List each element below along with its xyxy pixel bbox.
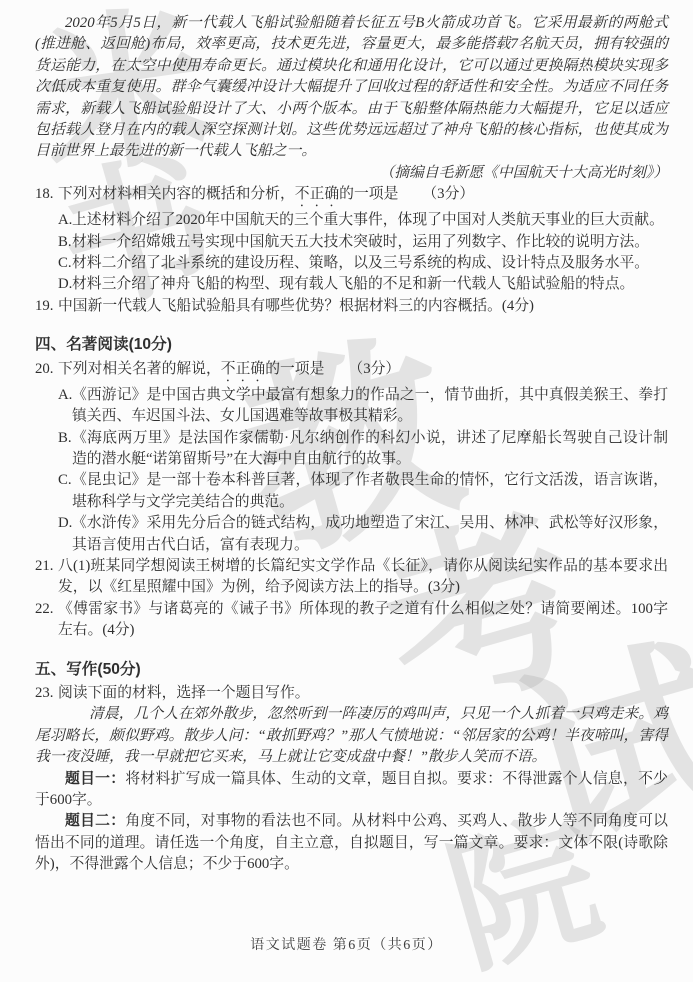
writing-title-2-label: 题目二： — [65, 813, 125, 829]
question-23: 23. 阅读下面的材料，选择一个题目写作。 — [35, 683, 668, 704]
option-label: B. — [58, 428, 72, 449]
question-19-number: 19. — [35, 296, 54, 317]
question-18-stem: 下列对材料相关内容的概括和分析，不正确的一项是（3分） — [58, 184, 668, 210]
page-content: 2020年5月5日，新一代载人飞船试验船随着长征五号B火箭成功首飞。它采用最新的… — [0, 0, 693, 876]
question-18-options: A.上述材料介绍了2020年中国航天的三个重大事件，体现了中国对人类航天事业的巨… — [58, 210, 668, 296]
option-row: B.材料一介绍嫦娥五号实现中国航天五大技术突破时，运用了列数字、作比较的说明方法… — [58, 232, 668, 253]
stem-text: 的一项是 — [339, 186, 398, 202]
question-22: 22. 《傅雷家书》与诸葛亮的《诫子书》所体现的教子之道有什么相似之处？请简要阐… — [35, 599, 668, 642]
option-label: C. — [58, 253, 72, 274]
question-18: 18. 下列对材料相关内容的概括和分析，不正确的一项是（3分） A.上述材料介绍… — [35, 184, 668, 296]
option-label: D. — [58, 274, 72, 295]
question-21: 21. 八(1)班某同学想阅读王树增的长篇纪实文学作品《长征》，请你从阅读纪实作… — [35, 556, 668, 599]
points-label: （3分） — [422, 186, 474, 202]
stem-text: 的一项是 — [265, 361, 324, 377]
passage-citation: （摘编自毛新愿《中国航天十大高光时刻》） — [35, 163, 668, 184]
question-20-options: A.《西游记》是中国古典文学中最富有想象力的作品之一，情节曲折，其中真假美猴王、… — [58, 385, 668, 556]
page-footer: 语文试题卷 第6页（共6页） — [0, 935, 693, 956]
option-row: C.材料二介绍了北斗系统的建设历程、策略，以及三号系统的构成、设计特点及服务水平… — [58, 253, 668, 274]
writing-title-1: 题目一：将材料扩写成一篇具体、生动的文章，题目自拟。要求：不得泄露个人信息，不少… — [35, 769, 668, 812]
section-title-reading: 四、名著阅读(10分) — [35, 334, 668, 355]
writing-title-2: 题目二：角度不同，对事物的看法也不同。从材料中公鸡、买鸡人、散步人等不同角度可以… — [35, 811, 668, 875]
option-label: C. — [58, 470, 72, 491]
option-row: A.《西游记》是中国古典文学中最富有想象力的作品之一，情节曲折，其中真假美猴王、… — [58, 385, 668, 428]
writing-material: 清晨，几个人在郊外散步，忽然听到一阵凄厉的鸡叫声，只见一个人抓着一只鸡走来。鸡尾… — [35, 704, 668, 768]
option-text: 上述材料介绍了2020年中国航天的三个重大事件，体现了中国对人类航天事业的巨大贡… — [72, 212, 664, 228]
option-text: 材料三介绍了神舟飞船的构型、现有载人飞船的不足和新一代载人飞船试验船的特点。 — [72, 276, 634, 292]
option-row: A.上述材料介绍了2020年中国航天的三个重大事件，体现了中国对人类航天事业的巨… — [58, 210, 668, 231]
question-19-text: 中国新一代载人飞船试验船具有哪些优势？根据材料三的内容概括。(4分) — [58, 296, 668, 317]
question-23-stem: 阅读下面的材料，选择一个题目写作。 — [58, 683, 668, 704]
question-21-text: 八(1)班某同学想阅读王树增的长篇纪实文学作品《长征》，请你从阅读纪实作品的基本… — [58, 556, 668, 599]
question-19: 19. 中国新一代载人飞船试验船具有哪些优势？根据材料三的内容概括。(4分) — [35, 296, 668, 317]
option-label: A. — [58, 385, 72, 406]
emphasis-text: 不正确 — [221, 361, 265, 377]
option-row: D.《水浒传》采用先分后合的链式结构，成功地塑造了宋江、吴用、林冲、武松等好汉形… — [58, 513, 668, 556]
stem-text: 下列对材料相关内容的概括和分析， — [58, 186, 295, 202]
question-20: 20. 下列对相关名著的解说，不正确的一项是（3分） A.《西游记》是中国古典文… — [35, 359, 668, 556]
writing-title-1-label: 题目一： — [65, 771, 125, 787]
exam-page: 米 书 教 考 试 院 2020年5月5日，新一代载人飞船试验船随着长征五号B火… — [0, 0, 693, 982]
writing-title-2-text: 角度不同，对事物的看法也不同。从材料中公鸡、买鸡人、散步人等不同角度可以悟出不同… — [35, 813, 668, 872]
question-20-stem: 下列对相关名著的解说，不正确的一项是（3分） — [58, 359, 668, 385]
points-label: （3分） — [348, 361, 400, 377]
passage-paragraph: 2020年5月5日，新一代载人飞船试验船随着长征五号B火箭成功首飞。它采用最新的… — [35, 13, 668, 163]
option-label: A. — [58, 210, 72, 231]
question-22-text: 《傅雷家书》与诸葛亮的《诫子书》所体现的教子之道有什么相似之处？请简要阐述。10… — [58, 599, 668, 642]
option-row: C.《昆虫记》是一部十卷本科普巨著，体现了作者敬畏生命的情怀，它行文活泼，语言诙… — [58, 470, 668, 513]
option-label: B. — [58, 232, 72, 253]
option-text: 《海底两万里》是法国作家儒勒·凡尔纳创作的科幻小说，讲述了尼摩船长驾驶自己设计制… — [72, 430, 668, 467]
emphasis-text: 不正确 — [295, 186, 339, 202]
option-row: D.材料三介绍了神舟飞船的构型、现有载人飞船的不足和新一代载人飞船试验船的特点。 — [58, 274, 668, 295]
option-text: 材料二介绍了北斗系统的建设历程、策略，以及三号系统的构成、设计特点及服务水平。 — [72, 255, 649, 271]
option-text: 材料一介绍嫦娥五号实现中国航天五大技术突破时，运用了列数字、作比较的说明方法。 — [72, 234, 649, 250]
question-18-number: 18. — [35, 184, 54, 205]
question-20-number: 20. — [35, 359, 54, 380]
option-label: D. — [58, 513, 72, 534]
option-text: 《西游记》是中国古典文学中最富有想象力的作品之一，情节曲折，其中真假美猴王、拳打… — [72, 387, 668, 424]
question-21-number: 21. — [35, 556, 54, 577]
writing-title-1-text: 将材料扩写成一篇具体、生动的文章，题目自拟。要求：不得泄露个人信息，不少于600… — [35, 771, 668, 808]
question-23-number: 23. — [35, 683, 54, 704]
section-title-writing: 五、写作(50分) — [35, 659, 668, 680]
stem-text: 下列对相关名著的解说， — [58, 361, 221, 377]
option-row: B.《海底两万里》是法国作家儒勒·凡尔纳创作的科幻小说，讲述了尼摩船长驾驶自己设… — [58, 428, 668, 471]
option-text: 《昆虫记》是一部十卷本科普巨著，体现了作者敬畏生命的情怀，它行文活泼，语言诙谐，… — [72, 472, 668, 509]
question-22-number: 22. — [35, 599, 54, 620]
option-text: 《水浒传》采用先分后合的链式结构，成功地塑造了宋江、吴用、林冲、武松等好汉形象，… — [72, 515, 668, 552]
